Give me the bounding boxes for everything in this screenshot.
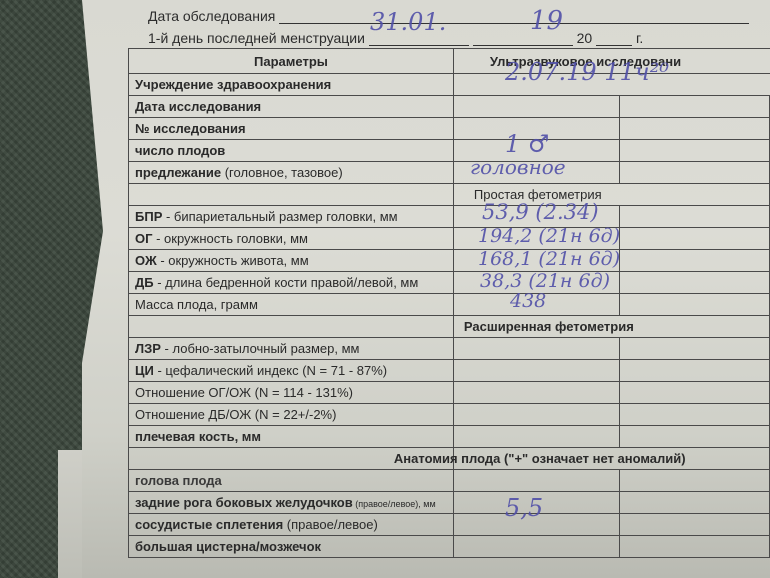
exam-date-field[interactable]: [279, 9, 749, 24]
section-extended-fetometry: Расширенная фетометрия: [453, 316, 769, 338]
row-value-cell-2[interactable]: [620, 206, 770, 228]
col-params-header: Параметры: [129, 49, 454, 74]
table-row: Отношение ДБ/ОЖ (N = 22+/-2%): [129, 404, 770, 426]
row-value-cell-2[interactable]: [620, 162, 770, 184]
row-value-cell-2[interactable]: [620, 118, 770, 140]
handwritten-lmp-year: 19: [530, 6, 563, 36]
table-row: Учреждение здравоохранения: [129, 74, 770, 96]
table-row: № исследования: [129, 118, 770, 140]
row-value-cell-2[interactable]: [620, 140, 770, 162]
lmp-year-field[interactable]: [596, 31, 632, 46]
table-row: ЛЗР - лобно-затылочный размер, мм: [129, 338, 770, 360]
table-row: задние рога боковых желудочков (правое/л…: [129, 492, 770, 514]
row-value-cell-2[interactable]: [620, 250, 770, 272]
row-label: предлежание (головное, тазовое): [129, 162, 454, 184]
handwritten-ventricles-value: 5,5: [505, 494, 543, 522]
table-row: Отношение ОГ/ОЖ (N = 114 - 131%): [129, 382, 770, 404]
table-row: сосудистые сплетения (правое/левое): [129, 514, 770, 536]
table-header-row: Параметры Ультразвуковое исследовани: [129, 49, 770, 74]
exam-date-line: Дата обследования: [148, 8, 749, 24]
handwritten-fl-value: 38,3 (21н 6д): [480, 270, 610, 292]
table-row: голова плода: [129, 470, 770, 492]
handwritten-weight-value: 438: [510, 290, 546, 312]
row-value-cell-2[interactable]: [620, 294, 770, 316]
handwritten-fetus-count-value: 1 ♂: [505, 130, 549, 158]
row-value-cell[interactable]: [453, 404, 619, 426]
table-row: число плодов: [129, 140, 770, 162]
row-value-cell[interactable]: [453, 382, 619, 404]
table-row: ДБ - длина бедренной кости правой/левой,…: [129, 272, 770, 294]
ultrasound-form-table: Параметры Ультразвуковое исследовани Учр…: [128, 48, 770, 558]
row-value-cell-2[interactable]: [620, 338, 770, 360]
row-label: число плодов: [129, 140, 454, 162]
table-row: Дата исследования: [129, 96, 770, 118]
lmp-year-prefix: 20: [577, 30, 593, 46]
handwritten-bpd-value: 53,9 (2.34): [482, 200, 599, 224]
row-value-cell-2[interactable]: [620, 470, 770, 492]
row-value-cell[interactable]: [453, 360, 619, 382]
row-value-cell-2[interactable]: [620, 228, 770, 250]
lmp-year-suffix: г.: [636, 30, 643, 46]
label-rest: (головное, тазовое): [221, 165, 343, 180]
label-bold: предлежание: [135, 165, 221, 180]
row-value-cell[interactable]: [453, 470, 619, 492]
table-row: ЦИ - цефалический индекс (N = 71 - 87%): [129, 360, 770, 382]
row-value-cell-2[interactable]: [620, 514, 770, 536]
row-value-cell-2[interactable]: [620, 426, 770, 448]
handwritten-presentation-value: головное: [470, 155, 566, 179]
row-value-cell-2[interactable]: [620, 492, 770, 514]
handwritten-institution-value: 2.07.19 11ч²⁰: [505, 58, 669, 86]
row-value-cell-2[interactable]: [620, 96, 770, 118]
exam-date-label: Дата обследования: [148, 8, 275, 24]
table-row: ОЖ - окружность живота, мм: [129, 250, 770, 272]
section-row: Расширенная фетометрия: [129, 316, 770, 338]
handwritten-lmp-day-month: 31.01.: [370, 8, 446, 36]
table-row: Масса плода, грамм: [129, 294, 770, 316]
table-row: ОГ - окружность головки, мм: [129, 228, 770, 250]
row-label: Учреждение здравоохранения: [129, 74, 454, 96]
table-row: предлежание (головное, тазовое): [129, 162, 770, 184]
row-value-cell-2[interactable]: [620, 272, 770, 294]
row-label: Дата исследования: [129, 96, 454, 118]
handwritten-ac-value: 168,1 (21н 6д): [478, 248, 620, 270]
section-anatomy: Анатомия плода ("+" означает нет аномали…: [393, 448, 709, 470]
row-value-cell-2[interactable]: [620, 404, 770, 426]
lmp-label: 1-й день последней менструации: [148, 30, 365, 46]
row-value-cell[interactable]: [453, 338, 619, 360]
row-value-cell[interactable]: [453, 426, 619, 448]
handwritten-hc-value: 194,2 (21н 6д): [478, 225, 620, 247]
table-row: большая цистерна/мозжечок: [129, 536, 770, 558]
table-row: плечевая кость, мм: [129, 426, 770, 448]
row-value-cell[interactable]: [453, 536, 619, 558]
section-row: Простая фетометрия: [129, 184, 770, 206]
row-value-cell-2[interactable]: [620, 382, 770, 404]
row-label: № исследования: [129, 118, 454, 140]
row-value-cell-2[interactable]: [620, 360, 770, 382]
section-row: Анатомия плода ("+" означает нет аномали…: [129, 448, 770, 470]
row-value-cell-2[interactable]: [620, 536, 770, 558]
table-row: БПР - бипариетальный размер головки, мм: [129, 206, 770, 228]
row-value-cell[interactable]: [453, 96, 619, 118]
